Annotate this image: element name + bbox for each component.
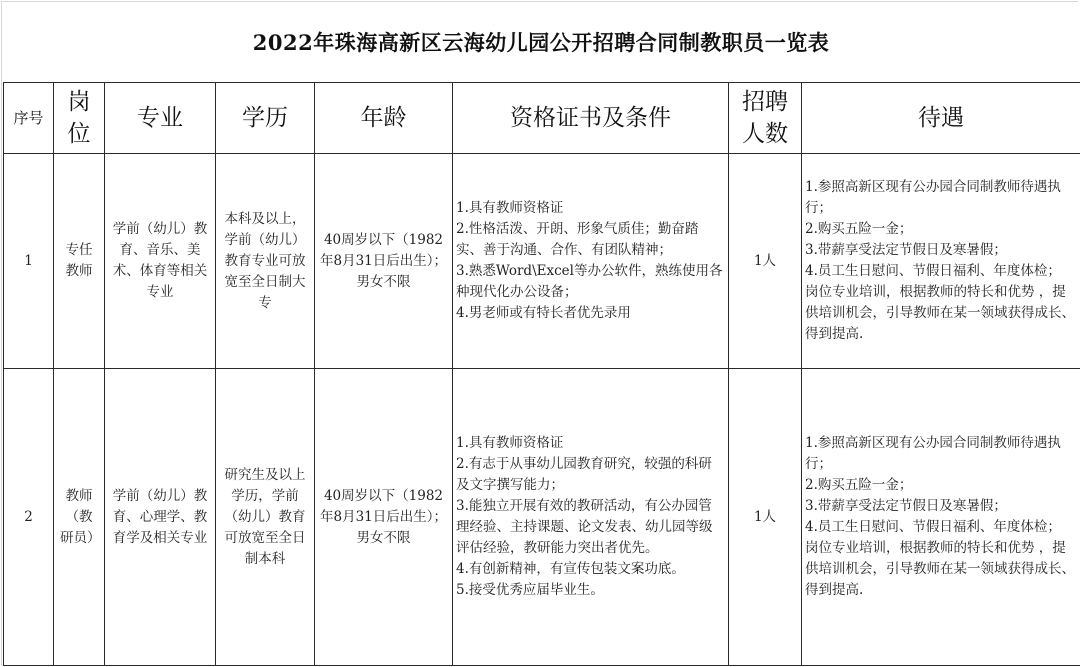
qualification-item: 3.能独立开展有效的教研活动，有公办园管理经验、主持课题、论文发表、幼儿园等级评… <box>456 496 725 559</box>
benefit-item: 1.参照高新区现有公办园合同制教师待遇执行； <box>805 177 1077 219</box>
header-qualifications: 资格证书及条件 <box>453 83 729 154</box>
major-text: 学前（幼儿）教育、心理学、教育学及相关专业 <box>105 486 215 549</box>
qualification-item: 4.男老师或有特长者优先录用 <box>456 303 725 324</box>
cell-benefits: 1.参照高新区现有公办园合同制教师待遇执行； 2.购买五险一金； 3.带薪享受法… <box>802 369 1080 666</box>
benefit-item: 2.购买五险一金； <box>805 219 1077 240</box>
cell-qualifications: 1.具有教师资格证 2.有志于从事幼儿园教育研究，较强的科研及文字撰写能力； 3… <box>453 369 729 666</box>
cell-position: 教师（教研员） <box>54 369 105 666</box>
cell-major: 学前（幼儿）教育、音乐、美术、体育等相关专业 <box>105 154 216 369</box>
benefit-item: 2.购买五险一金； <box>805 475 1077 496</box>
benefit-item: 4.员工生日慰问、节假日福利、年度体检； <box>805 261 1077 282</box>
cell-age: 40周岁以下（1982年8月31日后出生）；男女不限 <box>315 154 453 369</box>
header-age: 年龄 <box>315 83 453 154</box>
document-sheet: 2022年珠海高新区云海幼儿园公开招聘合同制教职员一览表 序号 岗位 专业 学历… <box>1 1 1078 666</box>
header-education: 学历 <box>216 83 315 154</box>
major-text: 学前（幼儿）教育、音乐、美术、体育等相关专业 <box>105 219 215 303</box>
qualification-item: 1.具有教师资格证 <box>456 433 725 454</box>
qualification-item: 1.具有教师资格证 <box>456 198 725 219</box>
document-title: 2022年珠海高新区云海幼儿园公开招聘合同制教职员一览表 <box>2 2 1080 82</box>
qualification-item: 2.性格活泼、开朗、形象气质佳；勤奋踏实、善于沟通、合作、有团队精神； <box>456 219 725 261</box>
education-text: 本科及以上，学前（幼儿）教育专业可放宽至全日制大专 <box>216 209 314 314</box>
benefit-item: 3.带薪享受法定节假日及寒暑假； <box>805 496 1077 517</box>
cell-seq: 1 <box>4 154 54 369</box>
qualification-item: 3.熟悉Word\Excel等办公软件，熟练使用各种现代化办公设备； <box>456 261 725 303</box>
recruitment-table: 序号 岗位 专业 学历 年龄 资格证书及条件 招聘人数 待遇 1 专任教师 学前… <box>3 82 1080 666</box>
benefit-item: 岗位专业培训，根据教师的特长和优势 ，提供培训机会，引导教师在某一领域获得成长、… <box>805 282 1077 345</box>
table-header-row: 序号 岗位 专业 学历 年龄 资格证书及条件 招聘人数 待遇 <box>4 83 1080 154</box>
cell-position: 专任教师 <box>54 154 105 369</box>
age-text: 40周岁以下（1982年8月31日后出生）；男女不限 <box>315 230 452 293</box>
table-row: 1 专任教师 学前（幼儿）教育、音乐、美术、体育等相关专业 本科及以上，学前（幼… <box>4 154 1080 369</box>
cell-headcount: 1人 <box>729 154 802 369</box>
benefit-item: 4.员工生日慰问、节假日福利、年度体检； <box>805 517 1077 538</box>
cell-qualifications: 1.具有教师资格证 2.性格活泼、开朗、形象气质佳；勤奋踏实、善于沟通、合作、有… <box>453 154 729 369</box>
benefit-item: 3.带薪享受法定节假日及寒暑假； <box>805 240 1077 261</box>
qualification-item: 5.接受优秀应届毕业生。 <box>456 580 725 601</box>
cell-benefits: 1.参照高新区现有公办园合同制教师待遇执行； 2.购买五险一金； 3.带薪享受法… <box>802 154 1080 369</box>
qualification-item: 4.有创新精神，有宣传包装文案功底。 <box>456 559 725 580</box>
cell-education: 研究生及以上学历，学前（幼儿）教育可放宽至全日制本科 <box>216 369 315 666</box>
qualification-item: 2.有志于从事幼儿园教育研究，较强的科研及文字撰写能力； <box>456 454 725 496</box>
header-seq: 序号 <box>4 83 54 154</box>
cell-age: 40周岁以下（1982年8月31日后出生）；男女不限 <box>315 369 453 666</box>
benefit-item: 1.参照高新区现有公办园合同制教师待遇执行； <box>805 433 1077 475</box>
cell-seq: 2 <box>4 369 54 666</box>
education-text: 研究生及以上学历，学前（幼儿）教育可放宽至全日制本科 <box>216 465 314 570</box>
cell-headcount: 1人 <box>729 369 802 666</box>
cell-major: 学前（幼儿）教育、心理学、教育学及相关专业 <box>105 369 216 666</box>
header-position: 岗位 <box>54 83 105 154</box>
cell-education: 本科及以上，学前（幼儿）教育专业可放宽至全日制大专 <box>216 154 315 369</box>
header-headcount: 招聘人数 <box>729 83 802 154</box>
header-benefits: 待遇 <box>802 83 1080 154</box>
benefit-item: 岗位专业培训，根据教师的特长和优势 ，提供培训机会，引导教师在某一领域获得成长、… <box>805 538 1077 601</box>
header-major: 专业 <box>105 83 216 154</box>
age-text: 40周岁以下（1982年8月31日后出生）；男女不限 <box>315 486 452 549</box>
table-row: 2 教师（教研员） 学前（幼儿）教育、心理学、教育学及相关专业 研究生及以上学历… <box>4 369 1080 666</box>
